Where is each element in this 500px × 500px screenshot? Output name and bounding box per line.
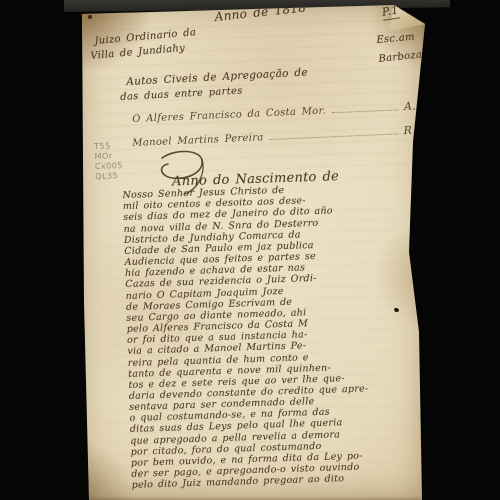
scribe-note: Esc.am: [376, 32, 415, 46]
leader-dots: [332, 102, 398, 113]
body-text: Anno do Nascimento deNosso Senhor Jesus …: [122, 170, 372, 491]
manuscript-photo: Anno de 1818 P.1 Esc.am Barboza Juizo Or…: [0, 0, 500, 500]
party-role: A.: [404, 100, 417, 114]
leader-dots: [269, 126, 397, 140]
pencil-note-line: QL35: [95, 171, 123, 182]
pencil-note-line: Cx005: [95, 161, 123, 172]
manuscript-page: Anno de 1818 P.1 Esc.am Barboza Juizo Or…: [76, 2, 426, 500]
corner-speck: [88, 15, 92, 19]
archival-pencil-note: T55 MOr Cx005 QL35: [94, 141, 123, 182]
party-role: R.: [403, 124, 416, 138]
